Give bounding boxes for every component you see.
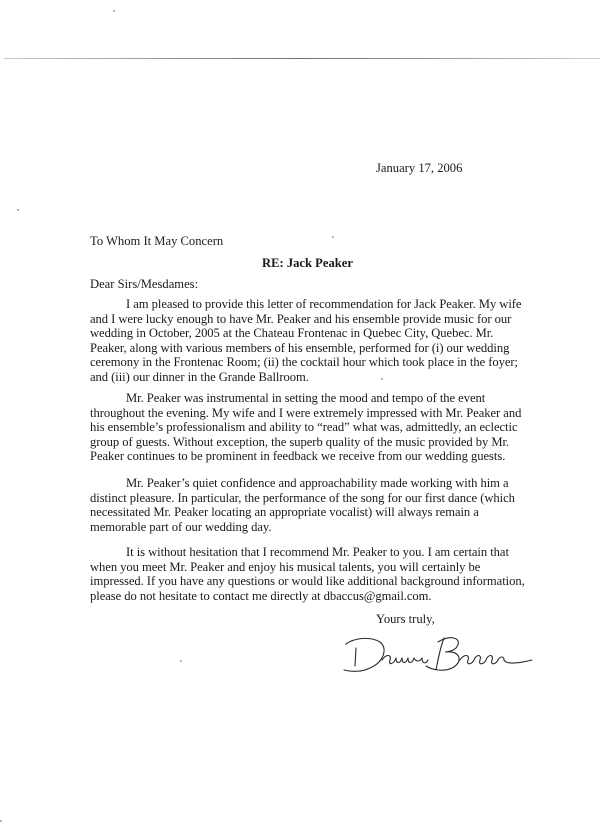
signature-stroke-icon (340, 630, 540, 678)
scan-speck (180, 660, 182, 662)
scan-speck (0, 820, 2, 822)
salutation: Dear Sirs/Mesdames: (90, 277, 198, 292)
scan-speck (17, 209, 19, 211)
scan-speck (332, 236, 334, 238)
closing: Yours truly, (376, 612, 435, 627)
scan-speck (113, 10, 115, 12)
body-paragraph: It is without hesitation that I recommen… (90, 545, 526, 603)
subject-line: RE: Jack Peaker (262, 256, 353, 271)
scan-edge-line (4, 58, 600, 59)
recipient-line: To Whom It May Concern (90, 234, 223, 249)
body-paragraph: I am pleased to provide this letter of r… (90, 297, 526, 385)
handwritten-signature: Darren Baccus (handwritten signature) (340, 630, 540, 678)
body-paragraph: Mr. Peaker was instrumental in setting t… (90, 391, 526, 464)
letter-date: January 17, 2006 (376, 161, 462, 176)
body-paragraph: Mr. Peaker’s quiet confidence and approa… (90, 476, 526, 534)
